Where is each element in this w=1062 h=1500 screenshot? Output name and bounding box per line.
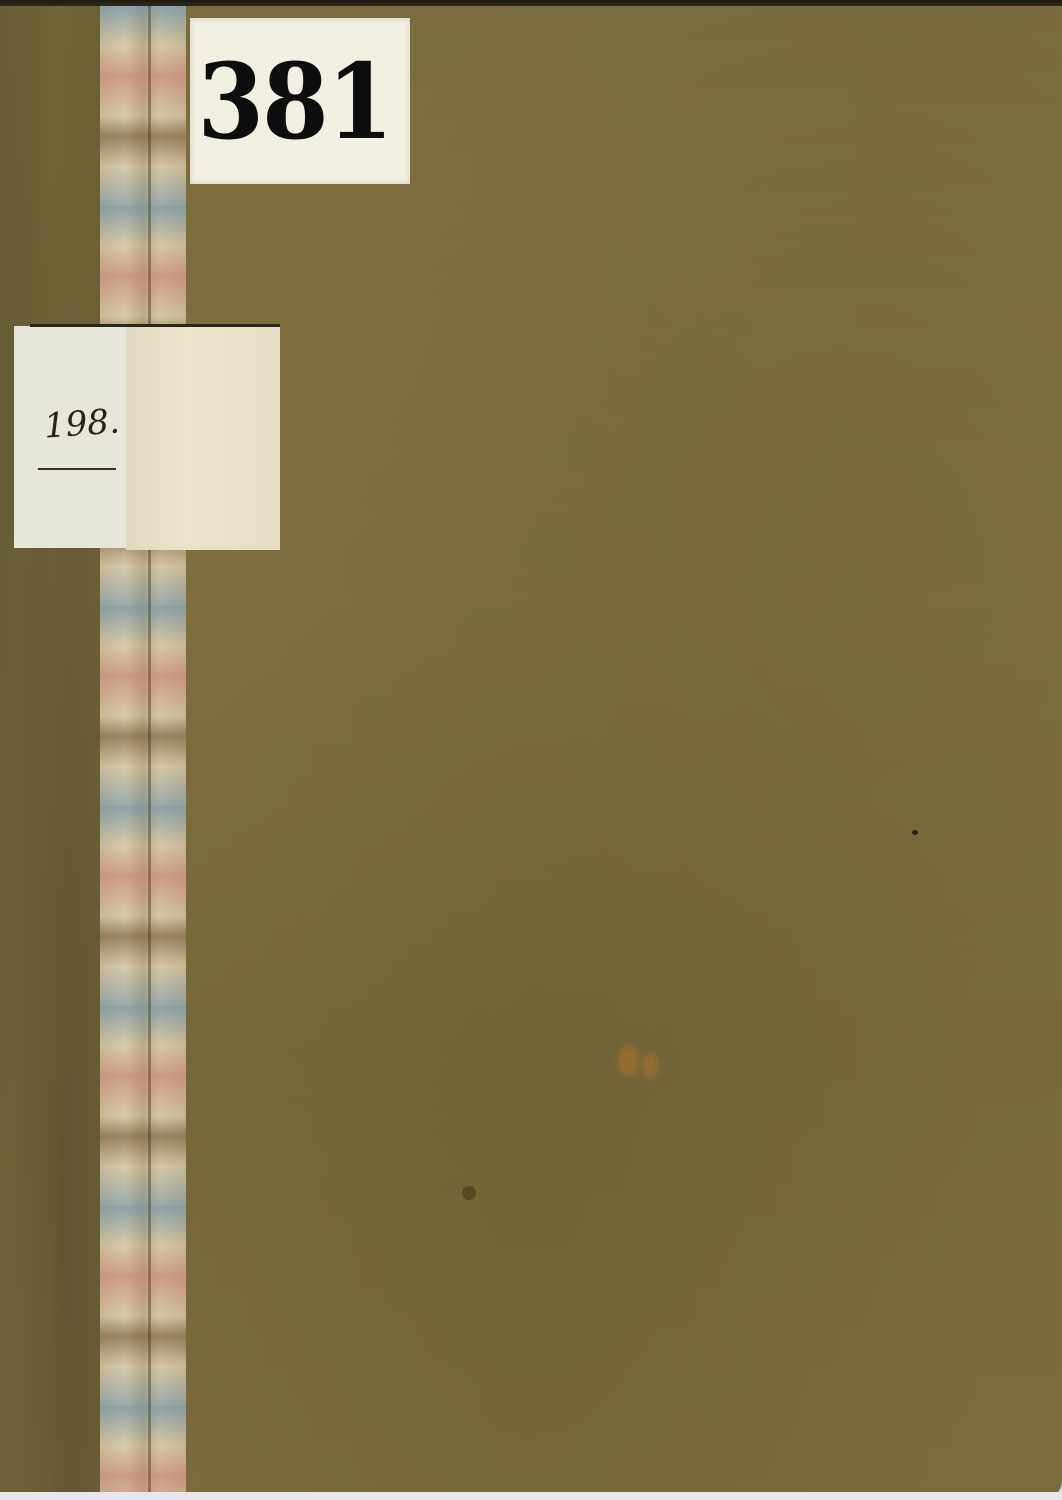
ink-speck bbox=[462, 1186, 476, 1200]
ink-speck bbox=[912, 830, 918, 835]
shelf-number-label: 381 bbox=[190, 18, 410, 184]
back-board-edge bbox=[0, 6, 104, 1496]
front-cover-board bbox=[180, 6, 1062, 1494]
bottom-edge bbox=[0, 1492, 1062, 1500]
marbled-spine bbox=[100, 6, 186, 1496]
foxing-stain bbox=[618, 1046, 640, 1076]
shelf-number: 381 bbox=[198, 40, 392, 163]
foxing-stain bbox=[642, 1054, 658, 1078]
spine-crease bbox=[148, 6, 151, 1496]
handwritten-spine-label: 198. bbox=[14, 324, 280, 550]
handwritten-number: 198. bbox=[43, 401, 121, 446]
label-spine-flap bbox=[126, 326, 280, 550]
label-top-line bbox=[30, 324, 280, 327]
handwritten-underline bbox=[38, 468, 116, 470]
